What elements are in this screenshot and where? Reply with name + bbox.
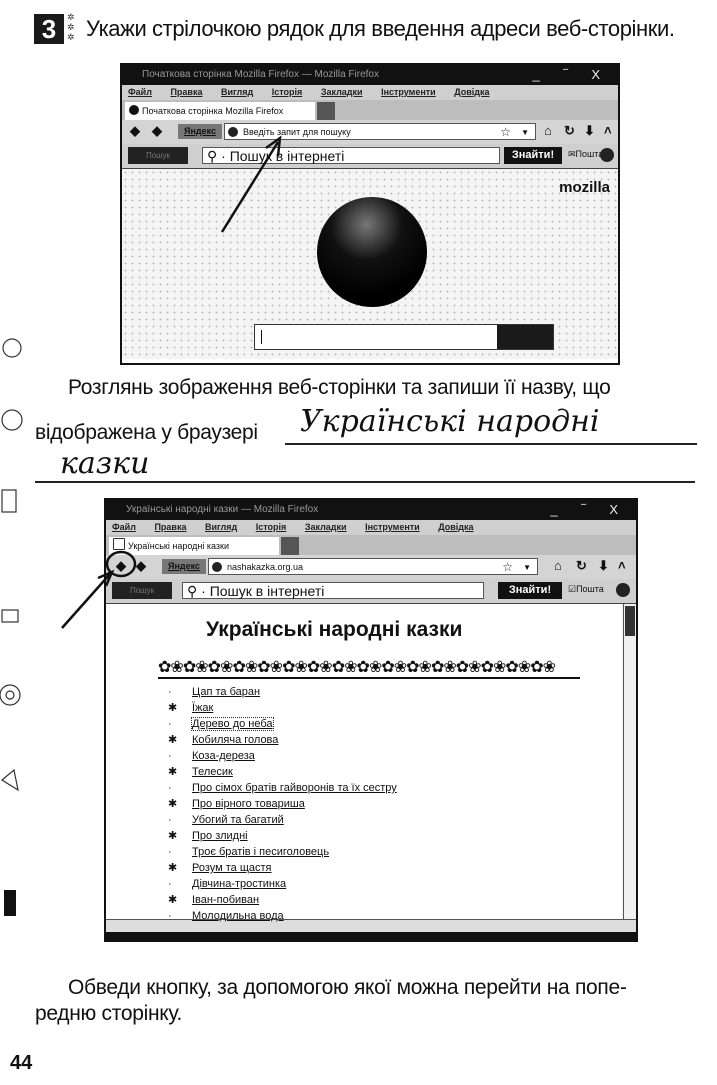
download-icon[interactable]: ⬇ [598, 558, 609, 574]
question2-prompt: Розглянь зображення веб-сторінки та запи… [68, 376, 610, 400]
back-arrow-icon[interactable]: ◆ [130, 123, 140, 139]
browser-screenshot-fairytales: Українські народні казки — Mozilla Firef… [104, 498, 638, 942]
answer-line-2 [35, 481, 695, 483]
bullet-icon: · [168, 716, 192, 732]
overflow-icon[interactable]: ˄ [618, 558, 626, 573]
menu-edit[interactable]: Правка [154, 522, 186, 532]
story-link[interactable]: Про вірного товариша [192, 798, 305, 810]
story-list-item: ·Дерево до неба [168, 716, 397, 732]
new-tab-button[interactable] [281, 537, 299, 555]
story-link[interactable]: Троє братів і песиголовець [192, 846, 329, 858]
forward-arrow-icon[interactable]: ◆ [152, 123, 162, 139]
firefox-globe-image [317, 197, 427, 307]
menu-bar: Файл Правка Вигляд Історія Закладки Інст… [122, 85, 618, 100]
window-title: Українські народні казки — Mozilla Firef… [126, 504, 318, 515]
story-link[interactable]: Про злидні [192, 830, 248, 842]
bullet-icon: ✱ [168, 796, 192, 812]
story-link[interactable]: Розум та щастя [192, 862, 272, 874]
bullet-icon: ✱ [168, 892, 192, 908]
story-list-item: ·Троє братів і песиголовець [168, 844, 397, 860]
menu-file[interactable]: Файл [112, 522, 136, 532]
yandex-button[interactable]: Яндекс [178, 124, 222, 139]
yandex-button[interactable]: Яндекс [162, 559, 206, 574]
mozilla-logo: mozilla [559, 179, 610, 196]
story-link[interactable]: Молодильна вода [192, 910, 284, 922]
menu-edit[interactable]: Правка [170, 87, 202, 97]
story-list-item: ·Коза-дереза [168, 748, 397, 764]
story-list-item: ✱Розум та щастя [168, 860, 397, 876]
question3-text-cont: редню сторінку. [35, 1002, 182, 1026]
flower-border-decoration: ✿❀✿❀✿❀✿❀✿❀✿❀✿❀✿❀✿❀✿❀✿❀✿❀✿❀✿❀✿❀✿❀ [158, 659, 580, 679]
story-link[interactable]: Кобиляча голова [192, 734, 278, 746]
vertical-scrollbar[interactable] [623, 604, 636, 919]
story-link[interactable]: Дерево до неба [192, 718, 273, 730]
bookmark-star-icon[interactable]: ☆ [500, 124, 511, 141]
bullet-icon: · [168, 812, 192, 828]
menu-view[interactable]: Вигляд [221, 87, 253, 97]
dropdown-arrow-icon[interactable]: ▼ [523, 559, 531, 576]
mail-button[interactable]: ☑Пошта [568, 584, 604, 595]
search-engine-button[interactable]: Пошук [112, 582, 172, 599]
story-list-item: ✱Їжак [168, 700, 397, 716]
reload-icon[interactable]: ↻ [564, 123, 575, 139]
bullet-icon: ✱ [168, 860, 192, 876]
scrollbar-thumb[interactable] [625, 606, 635, 636]
story-link[interactable]: Іван-побиван [192, 894, 259, 906]
search-input[interactable]: ⚲ · Пошук в інтернеті [202, 147, 500, 164]
story-list-item: ·Молодильна вода [168, 908, 397, 924]
back-arrow-icon[interactable]: ◆ [116, 558, 126, 574]
story-list-item: ✱Про злидні [168, 828, 397, 844]
tab-label: Українські народні казки [128, 541, 229, 551]
story-list-item: ·Дівчина-тростинка [168, 876, 397, 892]
task-heading: Укажи стрілочкою рядок для введення адре… [86, 16, 675, 42]
forward-arrow-icon[interactable]: ◆ [136, 558, 146, 574]
search-placeholder: Пошук в інтернеті [210, 583, 325, 599]
find-button[interactable]: Знайти! [498, 582, 562, 599]
story-link[interactable]: Убогий та багатий [192, 814, 284, 826]
story-link[interactable]: Дівчина-тростинка [192, 878, 286, 890]
settings-icon[interactable] [600, 148, 614, 162]
story-link[interactable]: Їжак [192, 702, 213, 714]
story-list-item: ✱Телесик [168, 764, 397, 780]
window-controls[interactable]: _ ‾ X [551, 500, 628, 520]
story-link[interactable]: Цап та баран [192, 686, 260, 698]
search-engine-button[interactable]: Пошук [128, 147, 188, 164]
story-list-item: ·Про сімох братів гайворонів та їх сестр… [168, 780, 397, 796]
menu-tools[interactable]: Інструменти [381, 87, 436, 97]
firefox-favicon-icon [129, 105, 139, 115]
story-list-item: ✱Кобиляча голова [168, 732, 397, 748]
download-icon[interactable]: ⬇ [584, 123, 595, 139]
mail-button[interactable]: ✉Пошта [568, 149, 603, 160]
page-favicon-icon [113, 538, 125, 550]
menu-file[interactable]: Файл [128, 87, 152, 97]
bullet-icon: ✱ [168, 764, 192, 780]
menu-view[interactable]: Вигляд [205, 522, 237, 532]
new-tab-button[interactable] [317, 102, 335, 120]
story-list: ·Цап та баран✱Їжак·Дерево до неба✱Кобиля… [168, 684, 397, 924]
reload-icon[interactable]: ↻ [576, 558, 587, 574]
menu-bar: Файл Правка Вигляд Історія Закладки Інст… [106, 520, 636, 535]
home-search-go-button[interactable] [497, 325, 553, 349]
story-link[interactable]: Телесик [192, 766, 233, 778]
search-toolbar: Пошук ⚲ · Пошук в інтернеті Знайти! ☑Пош… [106, 579, 636, 604]
find-button[interactable]: Знайти! [504, 147, 562, 164]
home-search-box[interactable] [254, 324, 554, 350]
window-titlebar: Початкова сторінка Mozilla Firefox — Moz… [122, 65, 618, 85]
tab-bar: Початкова сторінка Mozilla Firefox [122, 100, 618, 120]
bullet-icon: · [168, 748, 192, 764]
window-title: Початкова сторінка Mozilla Firefox — Moz… [142, 69, 379, 80]
story-list-item: ✱Іван-побиван [168, 892, 397, 908]
search-icon: ⚲ · [207, 148, 230, 164]
menu-help[interactable]: Довідка [454, 87, 489, 97]
navigation-bar: ◆ ◆ Яндекс nashakazka.org.ua ☆ ▼ ⌂ ↻ ⬇ ˄ [106, 555, 636, 579]
address-bar[interactable]: Введіть запит для пошуку ☆ ▼ [224, 123, 536, 140]
settings-icon[interactable] [616, 583, 630, 597]
handwritten-answer-2: казки [60, 446, 149, 481]
bullet-icon: · [168, 844, 192, 860]
page-heading: Українські народні казки [206, 618, 462, 642]
bullet-icon: ✱ [168, 828, 192, 844]
navigation-bar: ◆ ◆ Яндекс Введіть запит для пошуку ☆ ▼ … [122, 120, 618, 144]
page-content: mozilla [122, 169, 618, 359]
search-icon: ⚲ · [187, 583, 210, 599]
tab-label: Початкова сторінка Mozilla Firefox [142, 106, 283, 116]
story-list-item: ·Убогий та багатий [168, 812, 397, 828]
bullet-icon: · [168, 684, 192, 700]
search-placeholder: Пошук в інтернеті [230, 148, 345, 164]
question3-text: Обведи кнопку, за допомогою якої можна п… [68, 976, 627, 1000]
menu-help[interactable]: Довідка [438, 522, 473, 532]
overflow-icon[interactable]: ˄ [604, 123, 612, 138]
search-input[interactable]: ⚲ · Пошук в інтернеті [182, 582, 484, 599]
home-icon[interactable]: ⌂ [544, 123, 552, 138]
bullet-icon: · [168, 780, 192, 796]
globe-icon [228, 127, 238, 137]
bullet-icon: ✱ [168, 732, 192, 748]
window-titlebar: Українські народні казки — Mozilla Firef… [106, 500, 636, 520]
address-bar[interactable]: nashakazka.org.ua ☆ ▼ [208, 558, 538, 575]
stars-decoration-icon: ✲✲✲ [67, 12, 75, 42]
story-list-item: ✱Про вірного товариша [168, 796, 397, 812]
home-icon[interactable]: ⌂ [554, 558, 562, 573]
bullet-icon: · [168, 908, 192, 924]
search-toolbar: Пошук ⚲ · Пошук в інтернеті Знайти! ✉Пош… [122, 144, 618, 169]
site-icon [212, 562, 222, 572]
story-link[interactable]: Про сімох братів гайворонів та їх сестру [192, 782, 397, 794]
handwritten-answer-1: Українські народні [300, 404, 600, 439]
answer-line-1 [285, 443, 697, 445]
bullet-icon: · [168, 876, 192, 892]
story-list-item: ·Цап та баран [168, 684, 397, 700]
window-controls[interactable]: _ ‾ X [533, 65, 610, 85]
bullet-icon: ✱ [168, 700, 192, 716]
page-content: Українські народні казки ✿❀✿❀✿❀✿❀✿❀✿❀✿❀✿… [106, 604, 636, 919]
margin-doodles-icon [0, 300, 28, 920]
bookmark-star-icon[interactable]: ☆ [502, 559, 513, 576]
status-bar [106, 932, 636, 942]
story-link[interactable]: Коза-дереза [192, 750, 255, 762]
question2-prompt-cont: відображена у браузері [35, 421, 258, 445]
menu-bookmarks[interactable]: Закладки [305, 522, 347, 532]
dropdown-arrow-icon[interactable]: ▼ [521, 124, 529, 141]
task-number-badge: 3 [34, 14, 64, 44]
address-placeholder: Введіть запит для пошуку [243, 127, 351, 137]
tab-fairytales[interactable]: Українські народні казки [109, 537, 279, 555]
page-number: 44 [10, 1052, 32, 1075]
browser-screenshot-home: Початкова сторінка Mozilla Firefox — Moz… [120, 63, 620, 365]
tab-bar: Українські народні казки [106, 535, 636, 555]
menu-history[interactable]: Історія [256, 522, 287, 532]
text-caret [261, 330, 262, 344]
address-value: nashakazka.org.ua [227, 562, 303, 572]
menu-tools[interactable]: Інструменти [365, 522, 420, 532]
menu-bookmarks[interactable]: Закладки [321, 87, 363, 97]
menu-history[interactable]: Історія [272, 87, 303, 97]
tab-home[interactable]: Початкова сторінка Mozilla Firefox [125, 102, 315, 120]
